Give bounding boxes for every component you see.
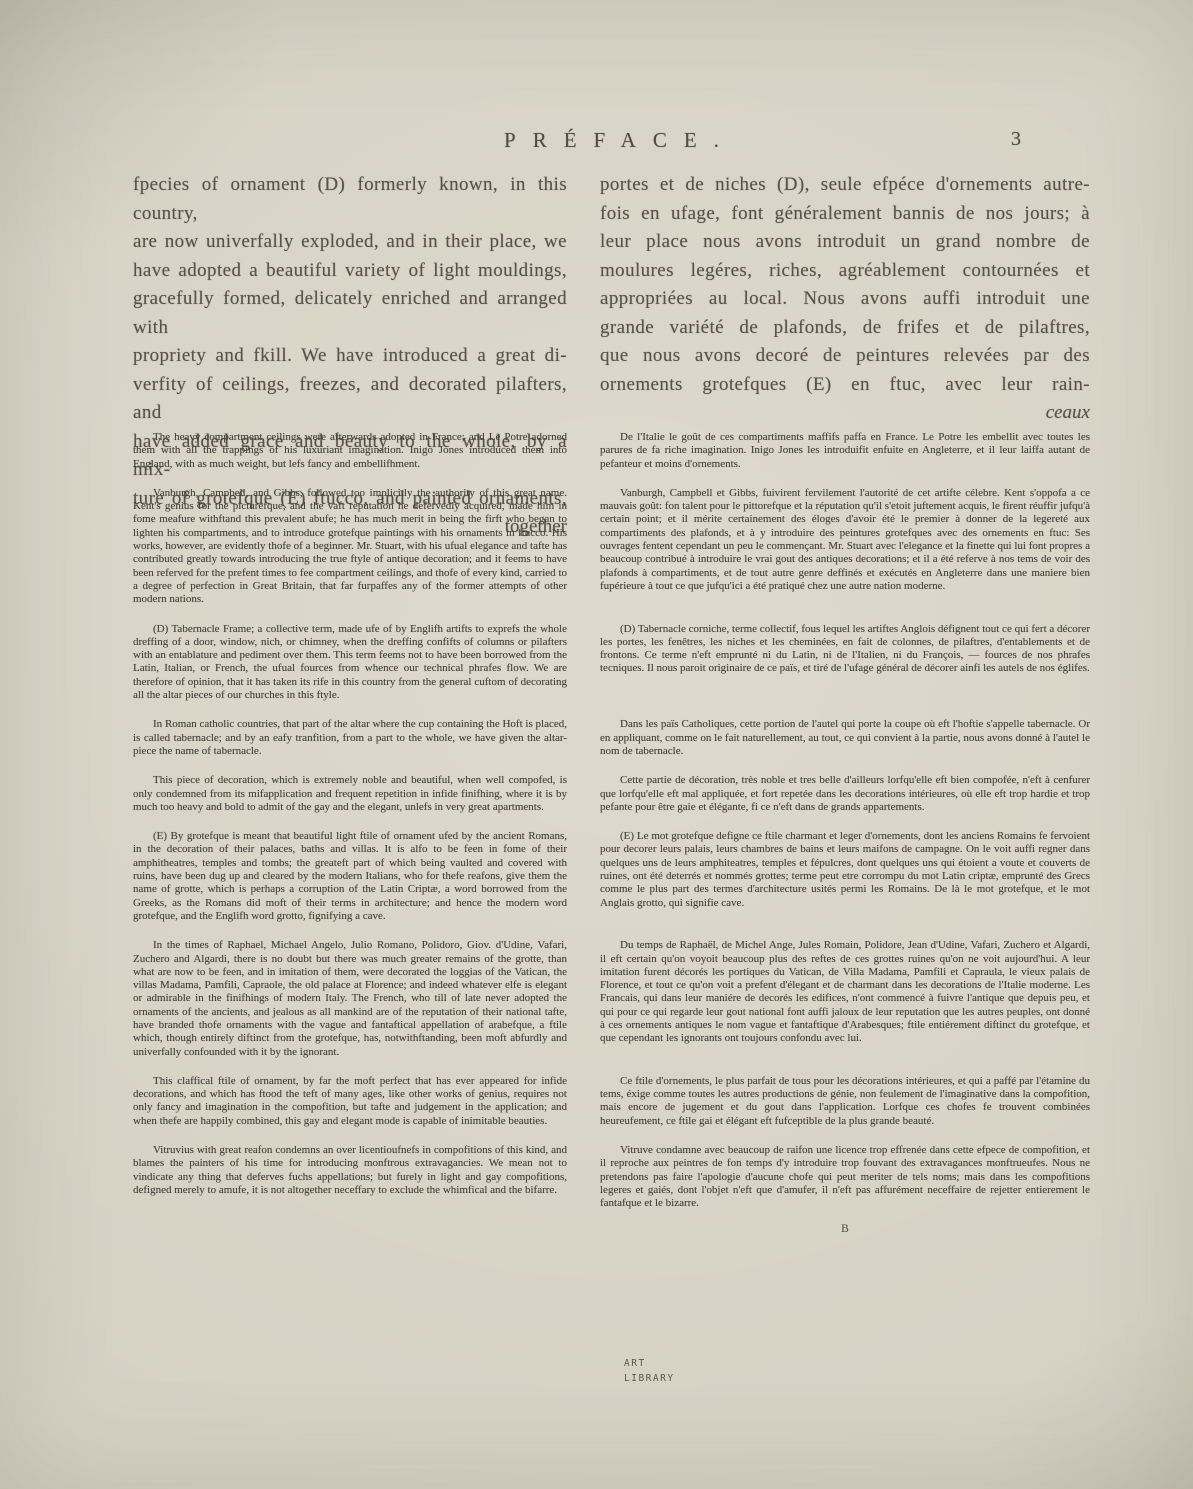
footnote-paragraph-english: Vitruvius with great reafon condemns an … [133,1144,567,1210]
main-line: moulures legéres, riches, agréablement c… [600,257,1090,286]
footnote-paragraph-english: In the times of Raphael, Michael Angelo,… [133,939,567,1059]
footnote-row: (E) By grotefque is meant that beautiful… [133,830,1090,923]
footnote-row: In the times of Raphael, Michael Angelo,… [133,939,1090,1059]
page-header: PRÉFACE. 3 [133,128,1090,158]
footnote-paragraph-french: (D) Tabernacle corniche, terme collectif… [600,623,1090,703]
footnote-paragraph-french: Vanburgh, Campbell et Gibbs, fuivirent f… [600,487,1090,607]
signature-row: B [133,1223,1090,1235]
footnote-paragraph-english: This claffical ftile of ornament, by far… [133,1075,567,1128]
main-line: propriety and fkill. We have introduced … [133,342,567,371]
footnote-paragraph-french: Ce ftile d'ornements, le plus parfait de… [600,1075,1090,1128]
library-stamp-line: ART [624,1356,675,1371]
main-line: leur place nous avons introduit un grand… [600,228,1090,257]
footnote-paragraph-french: Vitruve condamne avec beaucoup de raifon… [600,1144,1090,1210]
library-stamp-line: LIBRARY [624,1371,675,1386]
signature-mark: B [600,1223,1090,1235]
page-number: 3 [1011,128,1021,151]
book-page: PRÉFACE. 3 fpecies of ornament (D) forme… [0,0,1193,1489]
footnote-paragraph-english: (E) By grotefque is meant that beautiful… [133,830,567,923]
main-line: portes et de niches (D), seule efpéce d'… [600,171,1090,200]
main-line: are now univerfally exploded, and in the… [133,228,567,257]
main-line: ornements grotefques (E) en ftuc, avec l… [600,371,1090,400]
footnote-paragraph-english: Vanburgh, Campbell, and Gibbs, followed … [133,487,567,607]
footnote-row: This claffical ftile of ornament, by far… [133,1075,1090,1128]
footnote-row: (D) Tabernacle Frame; a collective term,… [133,623,1090,703]
footnotes-block: The heavy compartment ceilings were afte… [133,431,1090,1235]
main-line: have adopted a beautiful variety of ligh… [133,257,567,286]
footnote-row: The heavy compartment ceilings were afte… [133,431,1090,471]
main-line: gracefully formed, delicately enriched a… [133,285,567,342]
page-title: PRÉFACE. [133,128,1090,153]
footnote-row: This piece of decoration, which is extre… [133,774,1090,814]
footnote-paragraph-english: (D) Tabernacle Frame; a collective term,… [133,623,567,703]
footnote-paragraph-french: Dans les païs Catholiques, cette portion… [600,718,1090,758]
footnote-paragraph-english: In Roman catholic countries, that part o… [133,718,567,758]
footnote-paragraph-french: Du temps de Raphaël, de Michel Ange, Jul… [600,939,1090,1059]
main-line: fpecies of ornament (D) formerly known, … [133,171,567,228]
footnote-row: In Roman catholic countries, that part o… [133,718,1090,758]
footnote-paragraph-french: Cette partie de décoration, très noble e… [600,774,1090,814]
library-stamp: ART LIBRARY [624,1356,675,1386]
footnote-paragraph-english: This piece of decoration, which is extre… [133,774,567,814]
catchword-french: ceaux [600,399,1090,428]
main-line: fois en ufage, font généralement bannis … [600,200,1090,229]
footnote-row: Vanburgh, Campbell, and Gibbs, followed … [133,487,1090,607]
footnote-paragraph-french: De l'Italie le goût de ces compartiments… [600,431,1090,471]
main-line: que nous avons decoré de peintures relev… [600,342,1090,371]
main-line: appropriées au local. Nous avons auffi i… [600,285,1090,314]
footnote-paragraph-french: (E) Le mot grotefque defigne ce ftile ch… [600,830,1090,923]
main-line: verfity of ceilings, freezes, and decora… [133,371,567,428]
footnote-paragraph-english: The heavy compartment ceilings were afte… [133,431,567,471]
main-line: grande variété de plafonds, de frifes et… [600,314,1090,343]
footnote-row: Vitruvius with great reafon condemns an … [133,1144,1090,1210]
